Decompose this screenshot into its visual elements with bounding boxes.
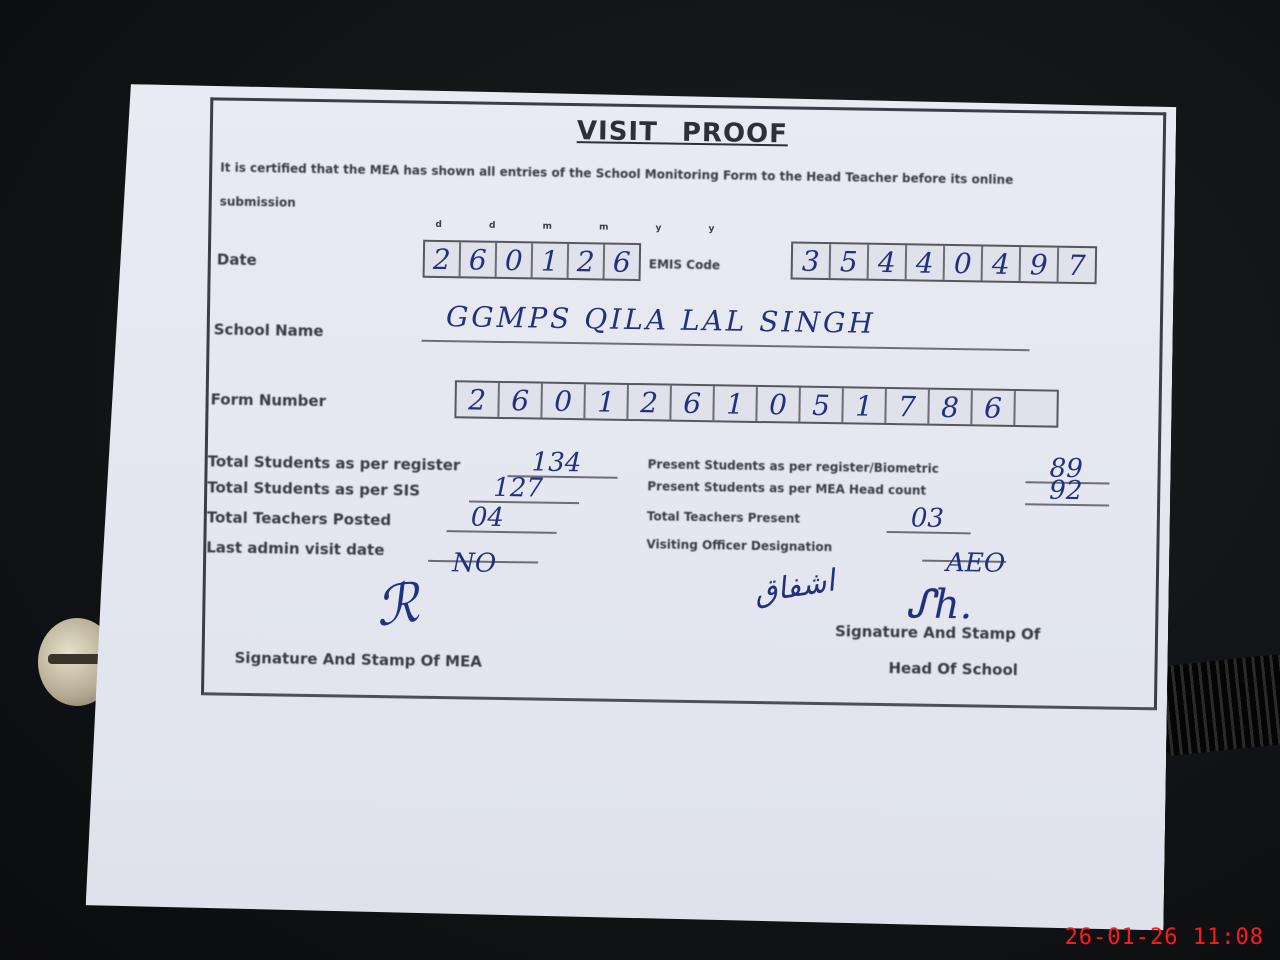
field-label: Visiting Officer Designation [646,537,832,554]
digit-cell: 0 [945,246,984,281]
school-name-label: School Name [214,320,324,340]
form-title: VISIT PROOF [577,116,788,149]
digit-cell: 5 [800,388,844,423]
school-name-value: GGMPS QILA LAL SINGH [446,300,876,340]
field-value: 127 [493,473,543,504]
field-label: Last admin visit date [206,538,384,559]
field-label: Present Students as per register/Biometr… [648,457,939,476]
camera-timestamp: 26-01-26 11:08 [1065,925,1264,950]
field-label: Total Teachers Posted [207,508,392,529]
field-value: 92 [1049,476,1083,507]
field-value: 04 [471,502,505,533]
digit-cell: 4 [869,245,908,280]
digit-cell: 3 [793,244,832,279]
visit-proof-paper: VISIT PROOF It is certified that the MEA… [86,84,1177,931]
digit-cell: 2 [628,385,672,420]
digit-cell: 0 [757,387,801,422]
form-frame: VISIT PROOF It is certified that the MEA… [201,97,1166,710]
form-number-label: Form Number [210,390,326,410]
digit-cell: 9 [1021,247,1060,282]
digit-cell: 7 [886,389,930,424]
digit-cell: 6 [461,242,498,277]
school-name-line [422,340,1030,352]
field-value: 03 [911,503,945,534]
digit-cell: 1 [843,388,887,423]
urdu-handwritten-note: اشفاق [752,563,838,610]
bag-zipper [1156,653,1280,756]
right-fields: Present Students as per register/Biometr… [213,100,1163,115]
field-label: Total Students as per register [208,452,461,474]
digit-cell: 2 [456,382,500,417]
field-label: Present Students as per MEA Head count [647,479,926,497]
digit-cell: 4 [983,246,1022,281]
digit-cell: 4 [907,245,946,280]
head-signature: ᔑh. [905,581,973,628]
digit-cell: 2 [425,242,462,277]
digit-cell: 6 [972,390,1016,425]
field-value: NO [452,548,497,579]
digit-cell: 5 [831,244,870,279]
mea-signature: ℛ [372,571,423,639]
mea-signature-label: Signature And Stamp Of MEA [234,649,482,671]
field-label: Total Teachers Present [647,509,800,525]
digit-cell: 1 [714,386,758,421]
field-value: AEO [946,548,1006,579]
digit-cell: 7 [1059,248,1096,283]
head-signature-label-1: Signature And Stamp Of [835,622,1041,643]
digit-cell: 8 [929,390,973,425]
date-label: Date [217,250,257,269]
digit-cell: 0 [542,384,586,419]
digit-cell: 1 [585,384,629,419]
date-field: 260126 [423,240,642,281]
digit-cell: 1 [533,243,570,278]
digit-cell: 6 [499,383,543,418]
head-signature-label-2: Head Of School [888,659,1018,679]
digit-cell: 0 [497,243,534,278]
digit-cell: 6 [605,245,640,280]
digit-cell: 2 [569,244,606,279]
form-number-field: 2601261051786 [454,380,1059,427]
emis-code-label: EMIS Code [649,257,720,272]
certification-text: It is certified that the MEA has shown a… [219,151,1080,232]
digit-cell [1015,391,1057,426]
digit-cell: 6 [671,386,715,421]
emis-code-field: 35440497 [791,241,1098,284]
left-fields: Total Students as per register134Total S… [213,100,1163,115]
field-label: Total Students as per SIS [207,478,420,499]
